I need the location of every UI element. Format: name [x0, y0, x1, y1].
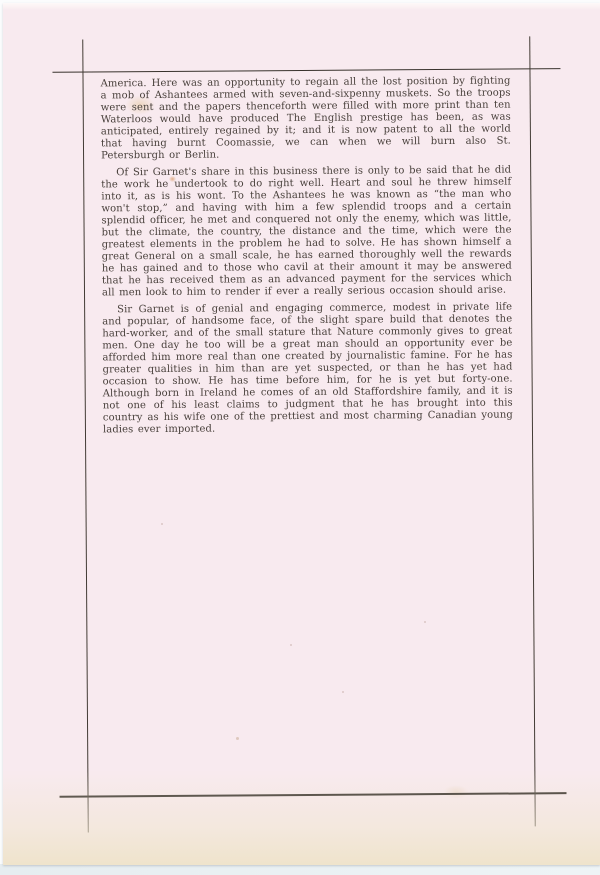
paragraph-sir-garnets-share: Of Sir Garnet's share in this business t…: [101, 165, 512, 300]
paper-sheet: America. Here was an opportunity to rega…: [3, 3, 600, 865]
paragraph-continuation: America. Here was an opportunity to rega…: [101, 76, 512, 163]
page-content: America. Here was an opportunity to rega…: [0, 1, 600, 867]
border-rule-bottom: [60, 792, 567, 797]
border-rule-top: [52, 68, 560, 73]
paragraph-sir-garnet-character: Sir Garnet is of genial and engaging com…: [102, 302, 513, 437]
scanned-page: America. Here was an opportunity to rega…: [0, 0, 600, 875]
text-column: America. Here was an opportunity to rega…: [101, 76, 514, 442]
border-rule-right: [529, 36, 536, 826]
border-rule-left: [82, 40, 89, 833]
